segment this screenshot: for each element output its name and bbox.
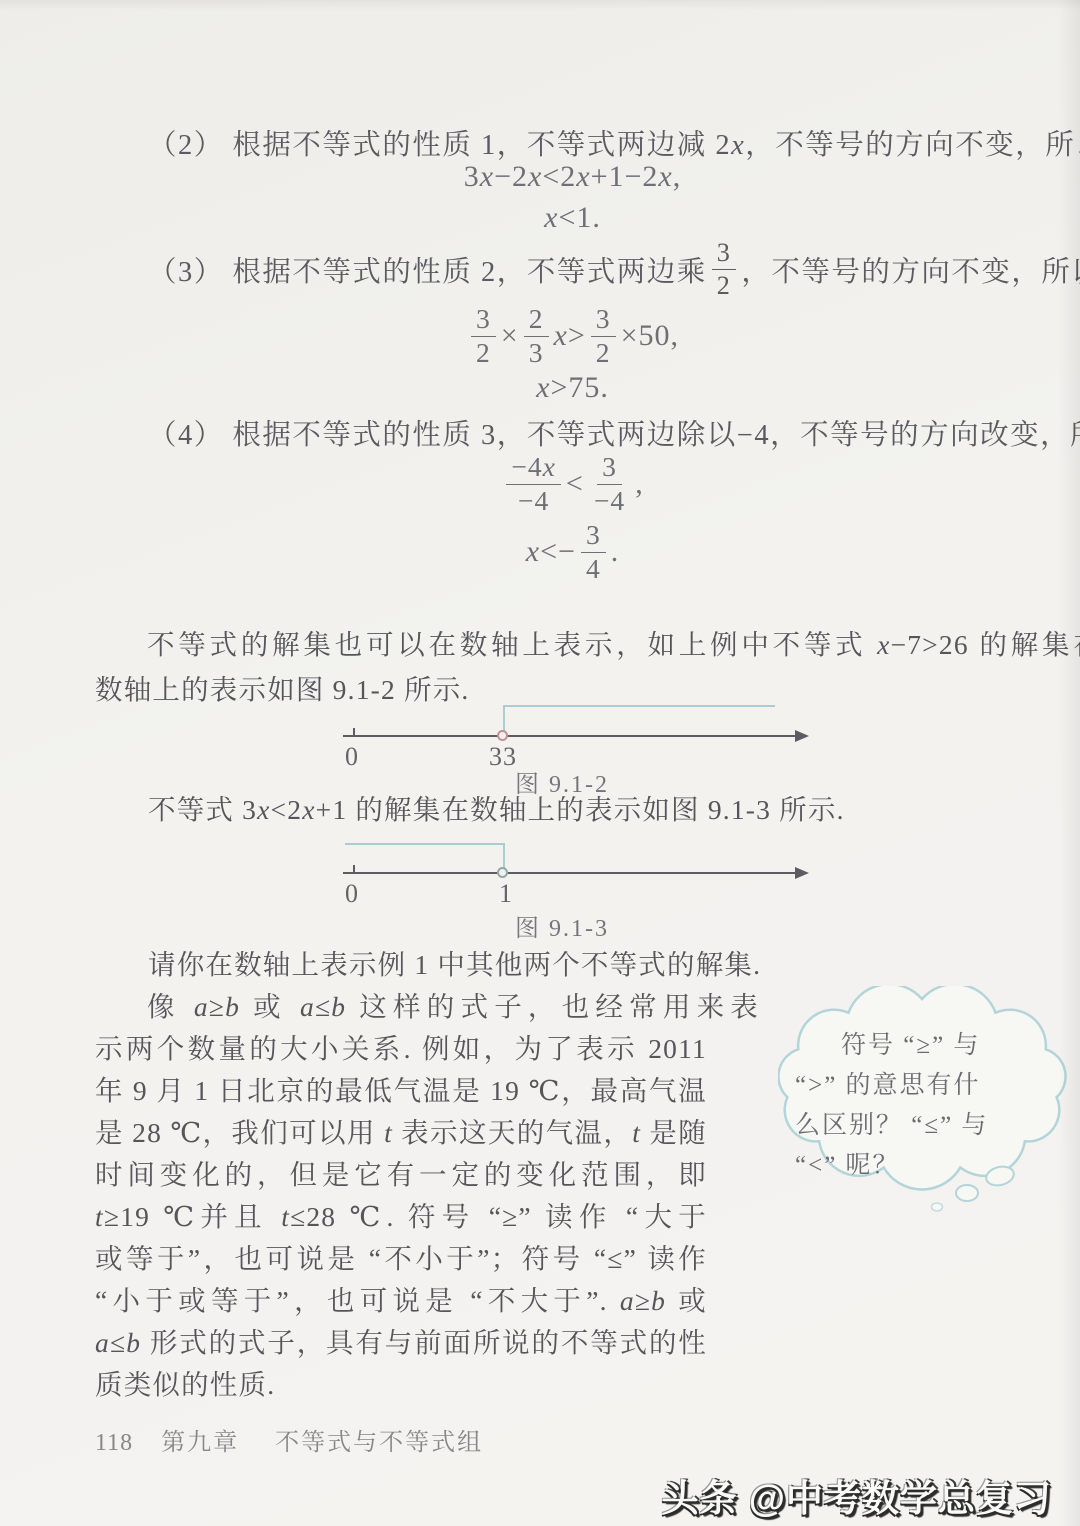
- origin-tick: [353, 865, 355, 874]
- paragraph-numberline-1: 不等式的解集也可以在数轴上表示，如上例中不等式 x−7>26 的解集在: [95, 628, 1080, 661]
- textbook-page: （2） 根据不等式的性质 1，不等式两边减 2x，不等号的方向不变，所以 3x−…: [0, 0, 1080, 1526]
- step-2-line: （2） 根据不等式的性质 1，不等式两边减 2x，不等号的方向不变，所以: [148, 122, 1080, 163]
- paragraph-fig3-intro: 不等式 3x<2x+1 的解集在数轴上的表示如图 9.1-3 所示.: [148, 793, 845, 826]
- bubble-line: “<” 呢？: [795, 1146, 1027, 1186]
- step-3-line: （3） 根据不等式的性质 2，不等式两边乘32，不等号的方向不变，所以: [148, 238, 1080, 300]
- bubble-line: 么区别？ “≤” 与: [795, 1106, 1027, 1146]
- origin-label: 0: [345, 742, 359, 772]
- page-footer: 118 第九章 不等式与不等式组: [95, 1422, 483, 1457]
- origin-tick: [353, 728, 355, 737]
- figure-9-1-2: 0 33 图 9.1-2: [343, 698, 813, 793]
- paragraph-prompt: 请你在数轴上表示例 1 中其他两个不等式的解集.: [148, 948, 761, 981]
- solution-ray-right: [503, 705, 775, 707]
- solution-ray-left: [345, 843, 505, 845]
- paragraph-geq-l10: 质类似的性质.: [95, 1368, 275, 1401]
- bubble-tail-medium: [956, 1185, 978, 1201]
- axis-arrowhead-icon: [795, 730, 809, 742]
- point-label: 1: [499, 879, 513, 909]
- number-line-axis: [343, 735, 799, 737]
- bubble-line: “>” 的意思有什: [795, 1066, 1027, 1106]
- paragraph-geq-l6: t≥19 ℃并且 t≤28 ℃. 符号 “≥” 读作 “大于: [95, 1200, 707, 1233]
- equation-4-1: −4x−4<3−4,: [95, 452, 1050, 517]
- open-circle-1: [497, 867, 508, 878]
- open-circle-33: [497, 730, 508, 741]
- thought-bubble-text: 符号 “≥” 与 “>” 的意思有什 么区别？ “≤” 与 “<” 呢？: [795, 1026, 1027, 1186]
- solution-ray-vertical: [503, 705, 505, 731]
- paragraph-geq-l3: 年 9 月 1 日北京的最低气温是 19 ℃，最高气温: [95, 1074, 707, 1107]
- paragraph-geq-l1: 像 a≥b 或 a≤b 这样的式子，也经常用来表: [95, 990, 759, 1023]
- solution-ray-vertical: [503, 843, 505, 868]
- page-number: 118: [95, 1430, 133, 1456]
- chapter-label: 第九章: [161, 1430, 239, 1456]
- number-line-axis: [343, 872, 799, 874]
- step-4-line: （4） 根据不等式的性质 3，不等式两边除以−4，不等号的方向改变，所以: [148, 412, 1080, 453]
- chapter-title: 不等式与不等式组: [275, 1430, 483, 1456]
- paragraph-geq-l7: 或等于”，也可说是 “不小于”；符号 “≤” 读作: [95, 1242, 707, 1275]
- figure-caption: 图 9.1-3: [515, 908, 609, 943]
- equation-3-1: 32×23x>32×50,: [95, 304, 1050, 369]
- figure-9-1-3: 0 1 图 9.1-3: [343, 836, 813, 936]
- bubble-line: 符号 “≥” 与: [795, 1026, 1027, 1066]
- paragraph-geq-l4: 是 28 ℃，我们可以用 t 表示这天的气温，t 是随: [95, 1116, 707, 1149]
- equation-3-2: x>75.: [95, 371, 1050, 405]
- equation-2-1: 3x−2x<2x+1−2x,: [95, 160, 1050, 194]
- paragraph-geq-l8: “小于或等于”，也可说是 “不大于”. a≥b 或: [95, 1284, 707, 1317]
- equation-4-2: x<−34.: [95, 520, 1050, 585]
- paragraph-geq-l9: a≤b 形式的式子，具有与前面所说的不等式的性: [95, 1326, 707, 1359]
- axis-arrowhead-icon: [795, 867, 809, 879]
- origin-label: 0: [345, 879, 359, 909]
- paragraph-geq-l5: 时间变化的，但是它有一定的变化范围，即: [95, 1158, 707, 1191]
- bubble-tail-small: [932, 1203, 943, 1211]
- paragraph-geq-l2: 示两个数量的大小关系. 例如，为了表示 2011: [95, 1032, 707, 1065]
- point-label: 33: [489, 742, 517, 772]
- watermark: 头条 @中考数学总复习: [662, 1468, 1052, 1522]
- equation-2-2: x<1.: [95, 201, 1050, 235]
